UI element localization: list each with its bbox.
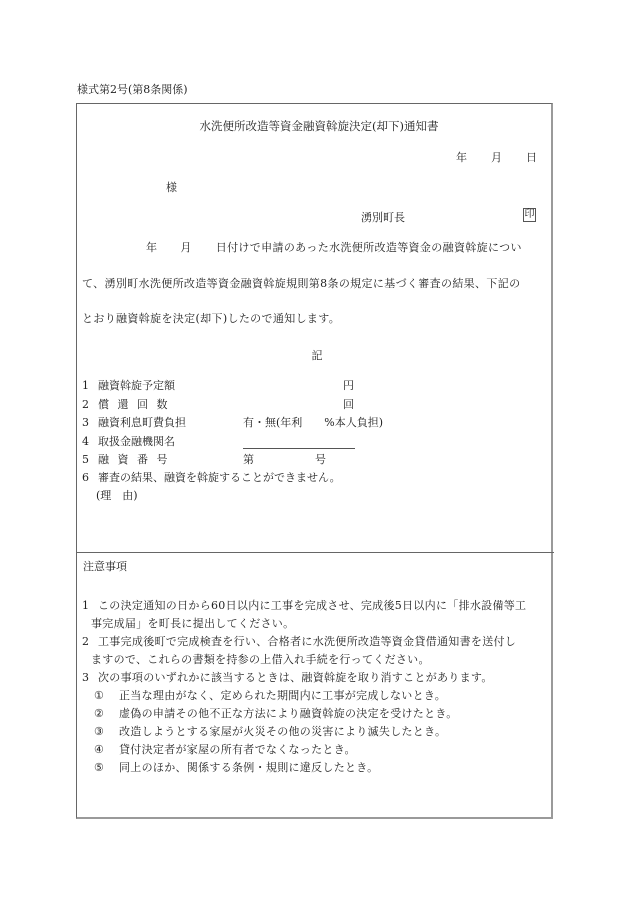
bank-name-underline	[243, 448, 355, 449]
subitem-text: 虚偽の申請その他不正な方法により融資斡旋の決定を受けたとき。	[119, 707, 458, 720]
subitem-text: 正当な理由がなく、定められた期間内に工事が完成しないとき。	[119, 689, 446, 702]
ki-heading: 記	[2, 350, 630, 361]
item-label: 取扱金融機関名	[98, 436, 175, 447]
date-year-field: 年	[456, 152, 467, 163]
note-number: 1	[82, 600, 98, 611]
subitem-text: 同上のほか、関係する条例・規則に違反したとき。	[119, 761, 378, 774]
addressee-honorific: 様	[166, 182, 177, 193]
note-subitem: ④貸付決定者が家屋の所有者でなくなったとき。	[94, 744, 356, 755]
note-2-line-2: ますので、これらの書類を持参の上借入れ手続を行ってください。	[91, 654, 430, 665]
notes-heading: 注意事項	[83, 561, 127, 572]
note-subitem: ③改造しようとする家屋が火災その他の災害により滅失したとき。	[94, 726, 446, 737]
note-number: 2	[82, 636, 98, 647]
body-month: 月	[180, 241, 191, 254]
reason-label: (理 由)	[96, 490, 138, 501]
circled-number: ③	[94, 726, 119, 737]
item-repayment-count: 2 償還回数 回	[0, 399, 630, 413]
item-rejection: 6 審査の結果、融資を斡旋することができません。	[0, 472, 630, 486]
item-label: 融資番号	[98, 454, 176, 465]
document-title: 水洗便所改造等資金融資斡旋決定(却下)通知書	[4, 121, 630, 133]
body-line-2: て、湧別町水洗便所改造等資金融資斡旋規則第8条の規定に基づく審査の結果、下記の	[82, 278, 520, 289]
item-label: 融資斡旋予定額	[98, 380, 175, 391]
item-value-prefix: 第	[243, 454, 254, 465]
item-unit: 回	[343, 399, 354, 410]
item-loan-number: 5 融資番号 第 号	[0, 454, 630, 468]
reason-row: (理 由)	[0, 490, 630, 504]
note-text: この決定通知の日から60日以内に工事を完成させ、完成後5日以内に「排水設備等工	[98, 599, 526, 612]
note-text: 工事完成後町で完成検査を行い、合格者に水洗便所改造等資金貸借通知書を送付し	[98, 635, 516, 648]
seal-stamp-icon: 印	[523, 208, 536, 222]
item-number: 1	[82, 380, 89, 391]
item-interest-burden: 3 融資利息町費負担 有・無(年利 %本人負担)	[0, 417, 630, 431]
issuer-name: 湧別町長	[361, 212, 405, 223]
item-number: 6	[82, 472, 89, 483]
item-unit: 円	[343, 380, 354, 391]
item-label: 審査の結果、融資を斡旋することができません。	[98, 472, 341, 483]
note-3-line-1: 3次の事項のいずれかに該当するときは、融資斡旋を取り消すことがあります。	[82, 672, 493, 683]
circled-number: ④	[94, 744, 119, 755]
note-number: 3	[82, 672, 98, 683]
item-number: 4	[82, 436, 89, 447]
body-text: 日付けで申請のあった水洗便所改造等資金の融資斡旋につい	[216, 241, 522, 254]
body-year: 年	[146, 241, 157, 254]
item-loan-amount: 1 融資斡旋予定額 円	[0, 380, 630, 394]
item-number: 2	[82, 399, 89, 410]
item-value: 有・無(年利 %本人負担)	[243, 417, 383, 428]
item-value-suffix: 号	[315, 454, 326, 465]
date-month-field: 月	[491, 152, 502, 163]
circled-number: ②	[94, 708, 119, 719]
circled-number: ①	[94, 690, 119, 701]
note-text: 次の事項のいずれかに該当するときは、融資斡旋を取り消すことがあります。	[98, 671, 493, 684]
circled-number: ⑤	[94, 762, 119, 773]
note-1-line-1: 1この決定通知の日から60日以内に工事を完成させ、完成後5日以内に「排水設備等工	[82, 600, 526, 611]
note-subitem: ②虚偽の申請その他不正な方法により融資斡旋の決定を受けたとき。	[94, 708, 458, 719]
notes-divider	[76, 552, 554, 553]
item-number: 3	[82, 417, 89, 428]
item-number: 5	[82, 454, 89, 465]
note-subitem: ①正当な理由がなく、定められた期間内に工事が完成しないとき。	[94, 690, 446, 701]
form-number-label: 様式第2号(第8条関係)	[77, 84, 188, 95]
date-day-field: 日	[526, 152, 537, 163]
subitem-text: 貸付決定者が家屋の所有者でなくなったとき。	[119, 743, 356, 756]
note-1-line-2: 事完成届」を町長に提出してください。	[91, 618, 294, 629]
note-subitem: ⑤同上のほか、関係する条例・規則に違反したとき。	[94, 762, 378, 773]
item-label: 償還回数	[98, 399, 176, 410]
body-line-1: 年月日付けで申請のあった水洗便所改造等資金の融資斡旋につい	[146, 242, 522, 253]
body-line-3: とおり融資斡旋を決定(却下)したので通知します。	[82, 313, 340, 324]
item-label: 融資利息町費負担	[98, 417, 186, 428]
note-2-line-1: 2工事完成後町で完成検査を行い、合格者に水洗便所改造等資金貸借通知書を送付し	[82, 636, 516, 647]
subitem-text: 改造しようとする家屋が火災その他の災害により滅失したとき。	[119, 725, 446, 738]
